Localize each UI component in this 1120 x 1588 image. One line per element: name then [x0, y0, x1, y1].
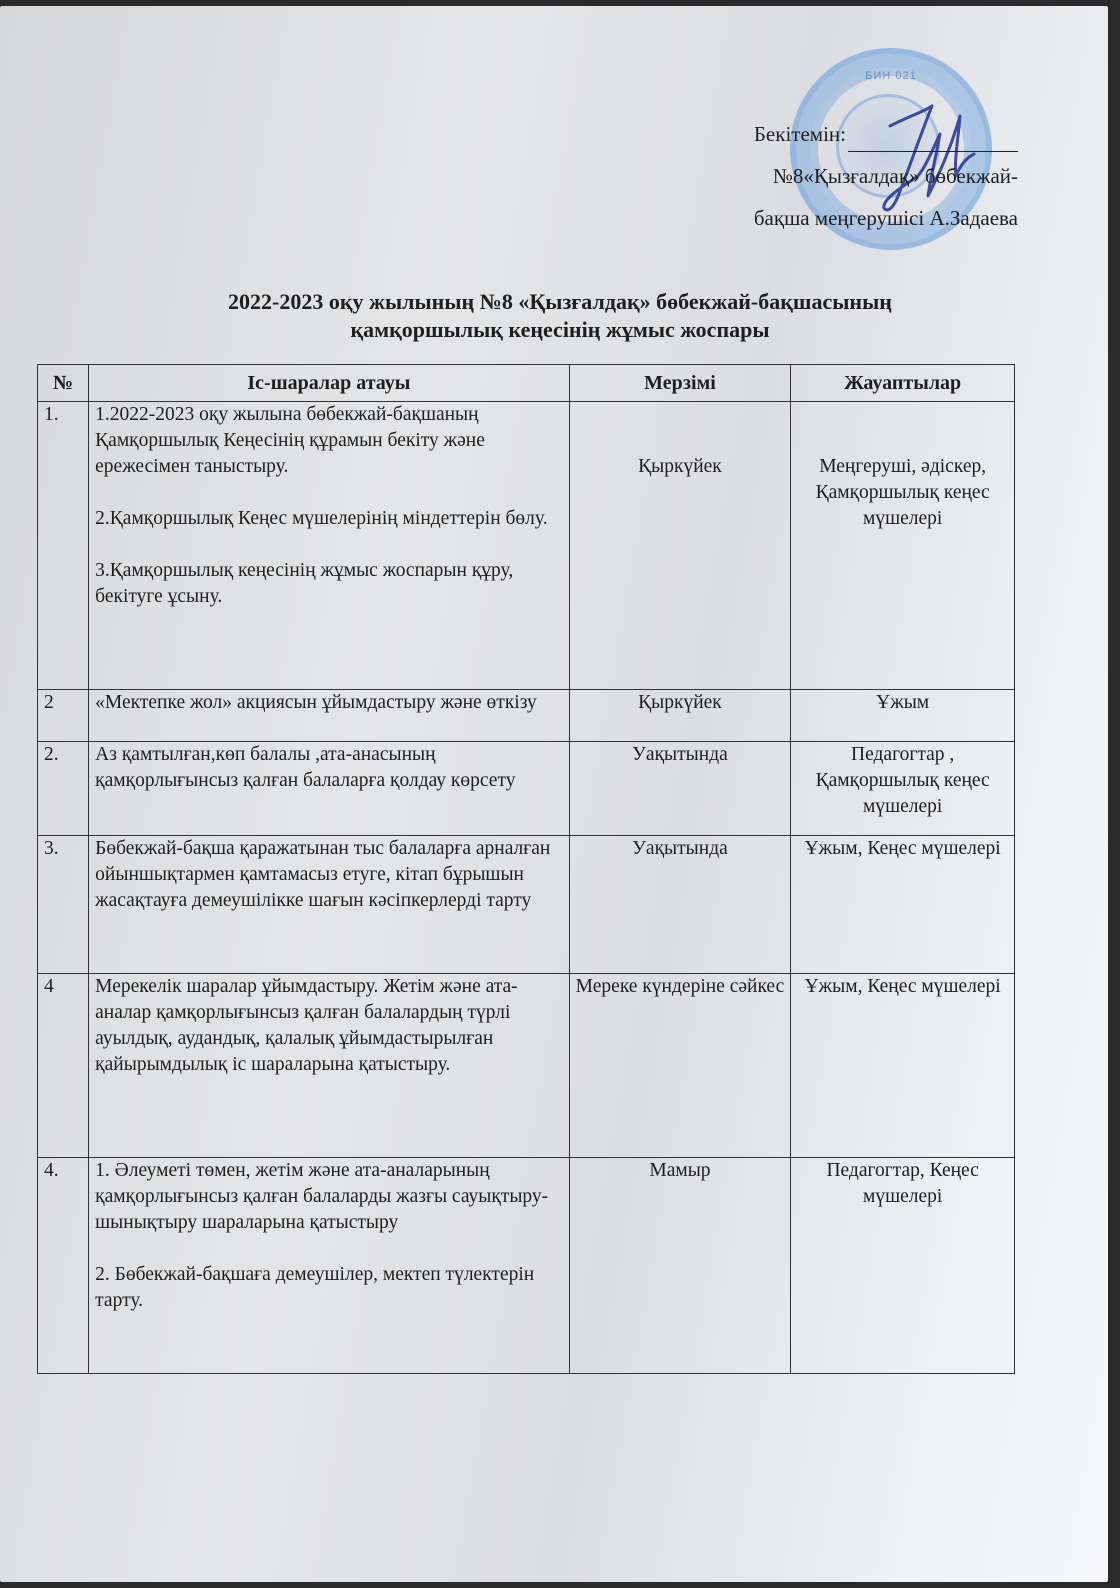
- deadline-text: Қыркүйек: [576, 690, 785, 716]
- signature-line: [848, 127, 1018, 152]
- cell-responsible: Педагогтар, Кеңес мүшелері: [791, 1158, 1015, 1374]
- cell-activity: «Мектепке жол» акциясын ұйымдастыру және…: [89, 690, 569, 742]
- cell-deadline: Қыркүйек: [569, 402, 791, 690]
- responsible-text: Ұжым: [797, 690, 1008, 716]
- activity-paragraph: 3.Қамқоршылық кеңесінің жұмыс жоспарын қ…: [95, 558, 562, 610]
- activity-paragraph: Мерекелік шаралар ұйымдастыру. Жетім жән…: [95, 974, 562, 1078]
- deadline-text: Мамыр: [576, 1158, 785, 1184]
- table-row: 3.Бөбекжай-бақша қаражатынан тыс балалар…: [38, 836, 1015, 974]
- approval-org: №8«Қызғалдақ» бөбекжай-: [754, 158, 1018, 194]
- table-row: 4.1. Әлеуметі төмен, жетім және ата-анал…: [38, 1158, 1015, 1374]
- responsible-text: Меңгеруші, әдіскер, Қамқоршылық кеңес мү…: [797, 402, 1008, 532]
- document-page: БИН 021 Бекітемін: №8«Қызғалдақ» бөбекжа…: [0, 6, 1108, 1582]
- cell-num: 2.: [38, 742, 89, 836]
- cell-deadline: Уақытында: [569, 742, 791, 836]
- table-row: 1.1.2022-2023 оқу жылына бөбекжай-бақшан…: [38, 402, 1015, 690]
- activity-paragraph: 2. Бөбекжай-бақшаға демеушілер, мектеп т…: [95, 1262, 562, 1314]
- stamp-text: БИН 021: [796, 70, 986, 82]
- responsible-text: Педагогтар , Қамқоршылық кеңес мүшелері: [797, 742, 1008, 820]
- cell-activity: 1. Әлеуметі төмен, жетім және ата-аналар…: [89, 1158, 569, 1374]
- activity-paragraph: Аз қамтылған,көп балалы ,ата-анасының қа…: [95, 742, 562, 794]
- cell-deadline: Мереке күндеріне сәйкес: [569, 974, 791, 1158]
- cell-num: 1.: [38, 402, 89, 690]
- title-line-2: қамқоршылық кеңесінің жұмыс жоспары: [0, 316, 1120, 344]
- cell-num: 3.: [38, 836, 89, 974]
- activity-paragraph: 1.2022-2023 оқу жылына бөбекжай-бақшаның…: [95, 402, 562, 480]
- cell-deadline: Уақытында: [569, 836, 791, 974]
- title-line-1: 2022-2023 оқу жылының №8 «Қызғалдақ» бөб…: [0, 288, 1120, 316]
- cell-num: 2: [38, 690, 89, 742]
- document-title: 2022-2023 оқу жылының №8 «Қызғалдақ» бөб…: [0, 288, 1120, 344]
- activity-paragraph: 1. Әлеуметі төмен, жетім және ата-аналар…: [95, 1158, 562, 1236]
- cell-responsible: Ұжым: [791, 690, 1015, 742]
- responsible-text: Ұжым, Кеңес мүшелері: [797, 974, 1008, 1000]
- cell-activity: Аз қамтылған,көп балалы ,ата-анасының қа…: [89, 742, 569, 836]
- cell-num: 4: [38, 974, 89, 1158]
- deadline-text: Қыркүйек: [576, 402, 785, 480]
- work-plan-table: № Іс-шаралар атауы Мерзімі Жауаптылар 1.…: [37, 364, 1015, 1374]
- table-row: 2.Аз қамтылған,көп балалы ,ата-анасының …: [38, 742, 1015, 836]
- cell-num: 4.: [38, 1158, 89, 1374]
- activity-paragraph: 2.Қамқоршылық Кеңес мүшелерінің міндетте…: [95, 506, 562, 532]
- table-row: 4Мерекелік шаралар ұйымдастыру. Жетім жә…: [38, 974, 1015, 1158]
- cell-activity: 1.2022-2023 оқу жылына бөбекжай-бақшаның…: [89, 402, 569, 690]
- responsible-text: Ұжым, Кеңес мүшелері: [797, 836, 1008, 862]
- cell-responsible: Ұжым, Кеңес мүшелері: [791, 974, 1015, 1158]
- cell-deadline: Мамыр: [569, 1158, 791, 1374]
- responsible-text: Педагогтар, Кеңес мүшелері: [797, 1158, 1008, 1210]
- header-resp: Жауаптылар: [791, 365, 1015, 402]
- table-header-row: № Іс-шаралар атауы Мерзімі Жауаптылар: [38, 365, 1015, 402]
- activity-paragraph: Бөбекжай-бақша қаражатынан тыс балаларға…: [95, 836, 562, 914]
- approval-head: бақша меңгерушісі А.Задаева: [754, 200, 1018, 236]
- header-num: №: [38, 365, 89, 402]
- cell-responsible: Меңгеруші, әдіскер, Қамқоршылық кеңес мү…: [791, 402, 1015, 690]
- approval-block: Бекітемін: №8«Қызғалдақ» бөбекжай- бақша…: [754, 116, 1018, 242]
- deadline-text: Уақытында: [576, 836, 785, 862]
- header-name: Іс-шаралар атауы: [89, 365, 569, 402]
- cell-responsible: Ұжым, Кеңес мүшелері: [791, 836, 1015, 974]
- deadline-text: Уақытында: [576, 742, 785, 768]
- approve-label: Бекітемін:: [754, 116, 846, 152]
- cell-activity: Мерекелік шаралар ұйымдастыру. Жетім жән…: [89, 974, 569, 1158]
- deadline-text: Мереке күндеріне сәйкес: [576, 974, 785, 1000]
- activity-paragraph: «Мектепке жол» акциясын ұйымдастыру және…: [95, 690, 562, 716]
- table-row: 2 «Мектепке жол» акциясын ұйымдастыру жә…: [38, 690, 1015, 742]
- cell-deadline: Қыркүйек: [569, 690, 791, 742]
- cell-responsible: Педагогтар , Қамқоршылық кеңес мүшелері: [791, 742, 1015, 836]
- header-date: Мерзімі: [569, 365, 791, 402]
- cell-activity: Бөбекжай-бақша қаражатынан тыс балаларға…: [89, 836, 569, 974]
